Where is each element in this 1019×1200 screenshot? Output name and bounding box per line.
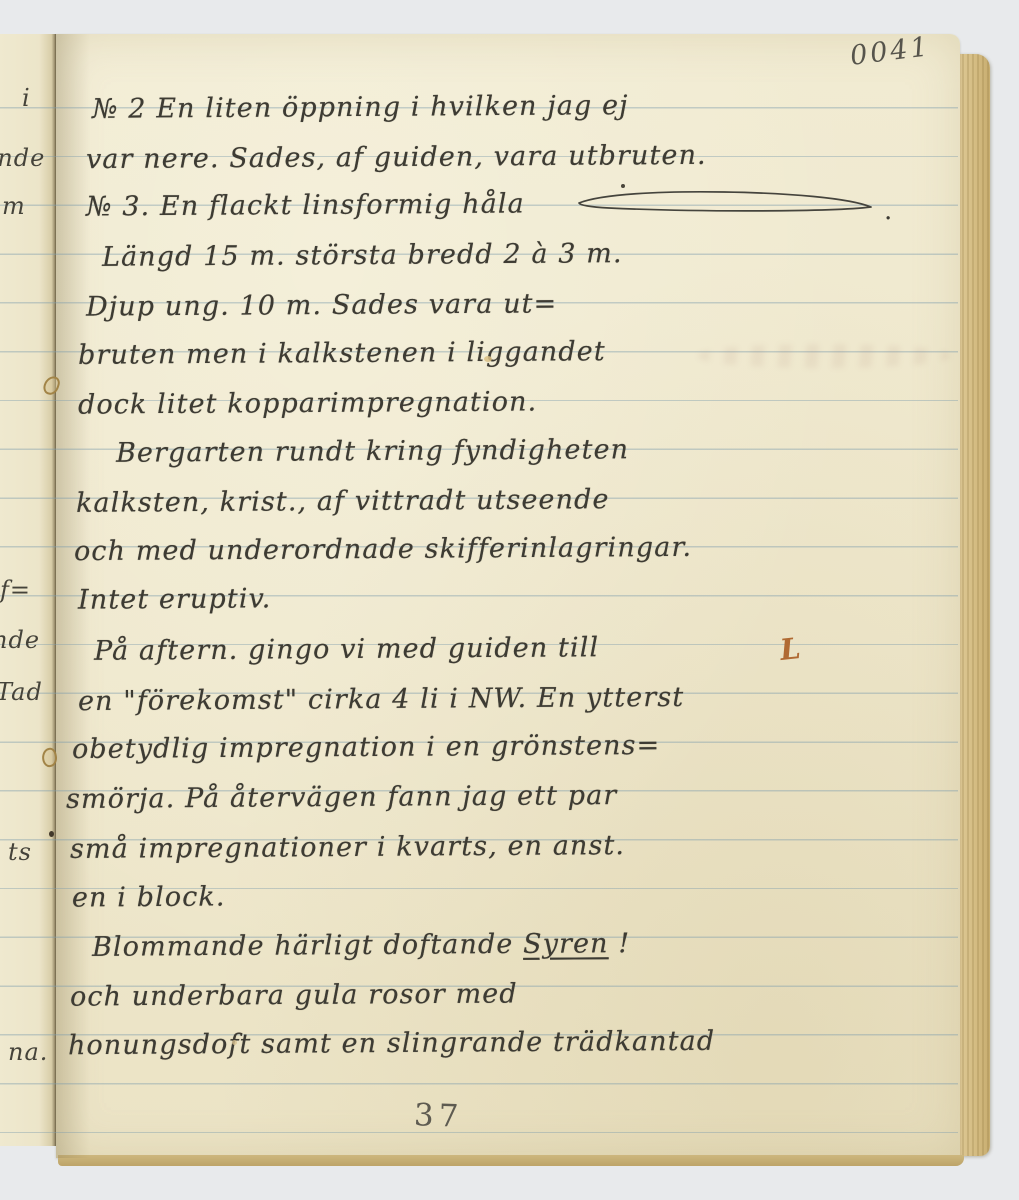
manuscript-line: Djup ung. 10 m. Sades vara ut= [86,288,558,322]
manuscript-line: och med underordnade skifferinlagringar. [74,532,692,567]
manuscript-line: en "förekomst" cirka 4 li i NW. En ytter… [78,682,684,717]
manuscript-text: ! [608,928,630,959]
manuscript-line: honungsdoft samt en slingrande trädkanta… [68,1026,715,1062]
underlined-word: Syren [523,928,609,960]
ink-bleed-ghost [698,344,950,368]
lens-period: . [884,196,892,226]
prev-page-fragment: Tad [0,678,43,706]
prev-page-fragment: ande [0,144,45,172]
prev-page-fragment: m [2,192,26,220]
manuscript-line: bruten men i kalkstenen i liggandet [78,336,606,371]
margin-mark: L [778,631,802,667]
prev-page-fragment: nde [0,626,40,654]
manuscript-line: obetydlig impregnation i en grönstens= [72,730,660,765]
prev-page-fragment: ts [8,838,32,866]
manuscript-line: № 3. En flackt linsformig håla [86,188,525,222]
manuscript-line: № 2 En liten öppning i hvilken jag ej [92,90,629,125]
page-bottom-edge [58,1155,964,1166]
notebook-photo: i ande m f= nde Tad ts na. 0041 № 2 En l… [0,0,1019,1200]
manuscript-line: Längd 15 m. största bredd 2 à 3 m. [102,238,623,273]
ink-fleck [621,184,625,188]
manuscript-line: och underbara gula rosor med [70,978,518,1012]
manuscript-line: På aftern. gingo vi med guiden till [94,632,599,667]
prev-page-fragment: i [22,84,31,112]
page-number: 37 [413,1097,464,1135]
manuscript-line: var nere. Sades, af guiden, vara utbrute… [86,140,707,175]
manuscript-line: Bergarten rundt kring fyndigheten [116,434,629,469]
manuscript-line: Blommande härligt doftande Syren ! [92,928,630,963]
manuscript-line: en i block. [72,881,226,913]
manuscript-line: kalksten, krist., af vittradt utseende [76,484,610,519]
manuscript-line: dock litet kopparimpregnation. [78,386,537,420]
prev-page-fragment: na. [8,1038,48,1066]
paper-stain [484,356,492,362]
manuscript-line: små impregnationer i kvarts, en anst. [70,830,625,865]
paper-stain [232,1040,237,1045]
lens-sketch-drawing [574,186,876,218]
prev-page-fragment: f= [0,576,31,604]
manuscript-line: Intet eruptiv. [78,583,272,615]
manuscript-text: Blommande härligt doftande [92,929,523,963]
ink-fleck [49,831,54,837]
manuscript-line: smörja. På återvägen fann jag ett par [66,780,618,815]
